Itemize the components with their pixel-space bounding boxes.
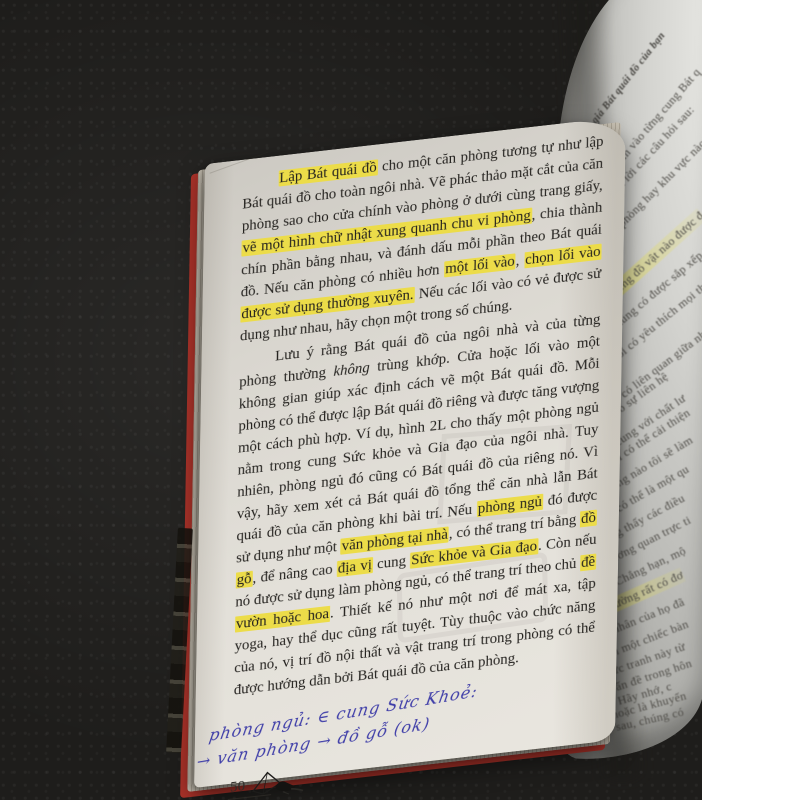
- photo-white-margin: [702, 0, 800, 800]
- text-segment: , để nâng cao: [252, 561, 337, 587]
- left-page: Lập Bát quái đồ cho một căn phòng tương …: [194, 116, 626, 788]
- book-photo: Đánh giá Bát quái đồ của bạn Hãy nhìn và…: [0, 0, 702, 800]
- highlighted-text: phòng ngủ: [477, 494, 543, 518]
- text-segment: trùng khớp. Cửa hoặc lối vào một không g…: [236, 334, 600, 545]
- highlighted-text: một lối vào: [444, 253, 516, 277]
- highlighted-text: địa vị: [337, 557, 373, 577]
- body-text: Lập Bát quái đồ cho một căn phòng tương …: [234, 131, 604, 702]
- text-segment: ,: [516, 252, 525, 269]
- text-segment: không: [333, 360, 370, 380]
- text-segment: cung: [373, 553, 411, 573]
